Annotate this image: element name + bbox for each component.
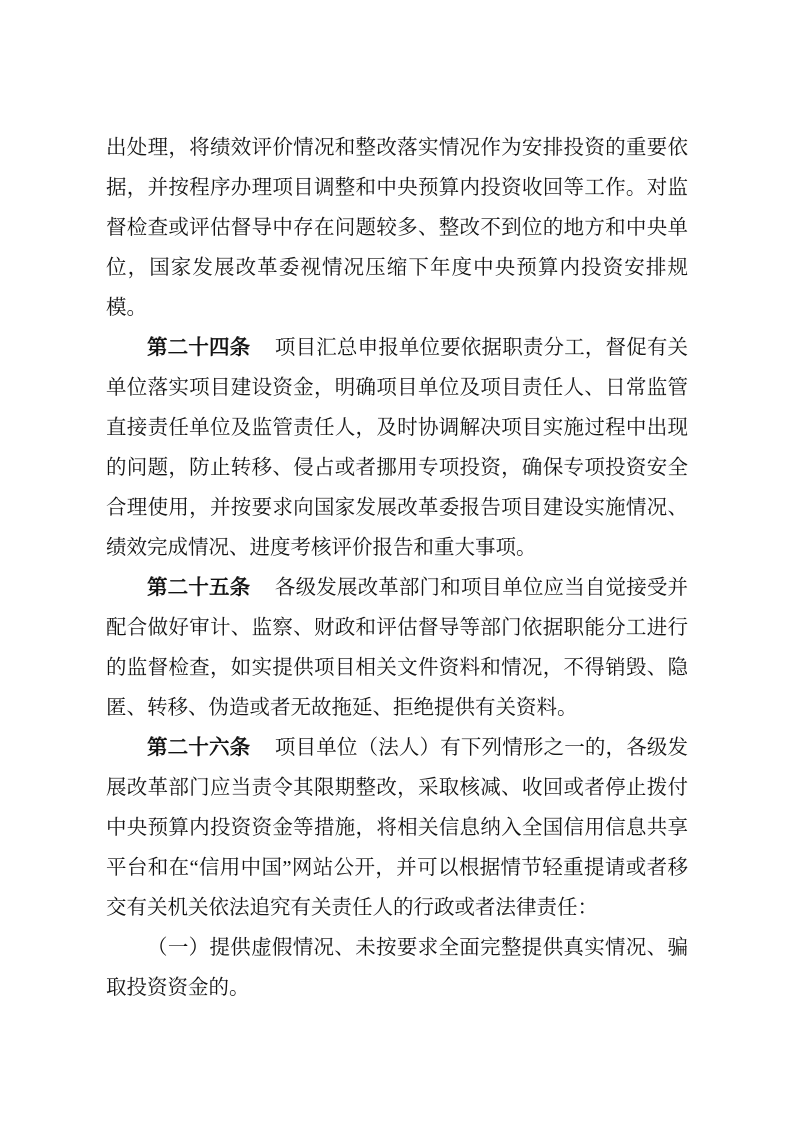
document-page: 出处理，将绩效评价情况和整改落实情况作为安排投资的重要依据，并按程序办理项目调整…: [0, 0, 794, 1123]
paragraph: （一）提供虚假情况、未按要求全面完整提供真实情况、骗取投资资金的。: [106, 928, 688, 1008]
paragraph: 出处理，将绩效评价情况和整改落实情况作为安排投资的重要依据，并按程序办理项目调整…: [106, 128, 688, 328]
document-body: 出处理，将绩效评价情况和整改落实情况作为安排投资的重要依据，并按程序办理项目调整…: [106, 128, 688, 1008]
article-number: 第二十五条: [147, 577, 250, 599]
paragraph: 第二十五条各级发展改革部门和项目单位应当自觉接受并配合做好审计、监察、财政和评估…: [106, 568, 688, 728]
paragraph-text: （一）提供虚假情况、未按要求全面完整提供真实情况、骗取投资资金的。: [106, 937, 688, 999]
paragraph: 第二十六条项目单位（法人）有下列情形之一的，各级发展改革部门应当责令其限期整改，…: [106, 728, 688, 928]
paragraph-text: 项目汇总申报单位要依据职责分工，督促有关单位落实项目建设资金，明确项目单位及项目…: [106, 337, 688, 559]
article-number: 第二十四条: [147, 337, 250, 359]
paragraph-text: 项目单位（法人）有下列情形之一的，各级发展改革部门应当责令其限期整改，采取核减、…: [106, 737, 688, 919]
paragraph-text: 出处理，将绩效评价情况和整改落实情况作为安排投资的重要依据，并按程序办理项目调整…: [106, 137, 688, 319]
article-number: 第二十六条: [147, 737, 250, 759]
paragraph: 第二十四条项目汇总申报单位要依据职责分工，督促有关单位落实项目建设资金，明确项目…: [106, 328, 688, 568]
